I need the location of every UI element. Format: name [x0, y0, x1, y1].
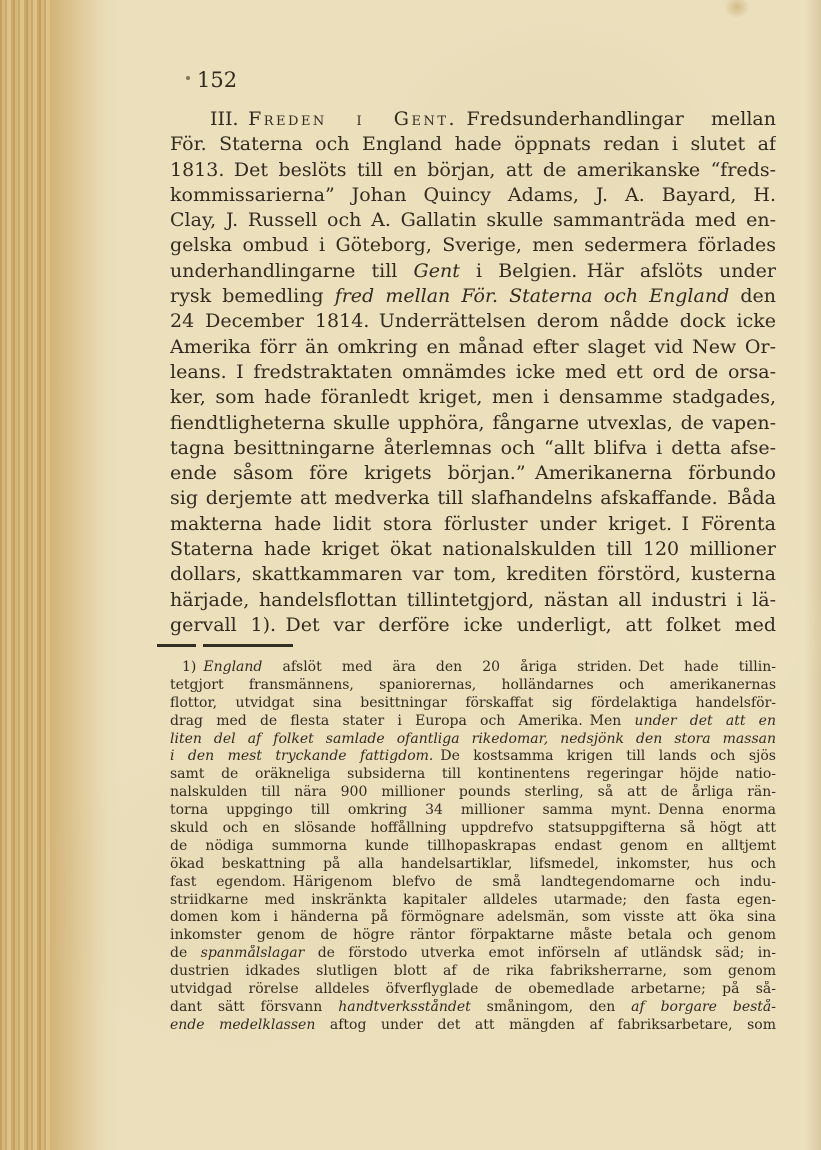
body-text: dustrien idkades slutligen blott af de r… [170, 963, 776, 979]
body-text: 1) [182, 659, 203, 675]
text-line: makterna hade lidit stora förluster unde… [170, 512, 776, 537]
italic-text: England [203, 659, 262, 675]
text-line: de nödiga summorna kunde tillhopaskrapas… [170, 838, 776, 856]
body-text: underhandlingarne till [170, 260, 414, 282]
text-line: rysk bemedling fred mellan För. Staterna… [170, 284, 776, 309]
body-text: makterna hade lidit stora förluster unde… [170, 513, 776, 535]
body-text: 1813. Det beslöts till en början, att de… [170, 159, 776, 181]
footnote-rule-long [203, 644, 293, 647]
body-text: ker, som hade föranledt kriget, men i de… [170, 386, 776, 410]
footnote-rule-short [157, 644, 196, 647]
italic-text: i den mest tryckande fattigdom. [170, 748, 433, 764]
page-number: 152 [197, 68, 237, 92]
text-line: liten del af folket samlade ofantliga ri… [170, 731, 776, 749]
ink-speck [186, 76, 190, 80]
text-line: gervall 1). Det var derföre icke underli… [170, 613, 776, 638]
main-paragraph: III. Freden i Gent. Fredsunderhandlingar… [170, 107, 776, 638]
italic-text: fred mellan För. Staterna och England [335, 285, 730, 307]
body-text: dant sätt försvann [170, 999, 338, 1015]
paper-stain [720, 0, 754, 22]
book-binding-edge [0, 0, 50, 1150]
body-text: gervall 1). Det var derföre icke underli… [170, 614, 776, 636]
text-line: nalskulden till nära 900 millioner pound… [170, 784, 776, 802]
text-line: striidkarne med inskränkta kapitaler all… [170, 892, 776, 910]
body-text: kommissarierna” Johan Quincy Adams, J. A… [170, 184, 776, 206]
italic-text: under det att en [635, 713, 776, 729]
body-text: nalskulden till nära 900 millioner pound… [170, 784, 776, 800]
body-text: de förstodo utverka emot införseln af ut… [304, 945, 776, 961]
body-text: ökad beskattning på alla handelsartiklar… [170, 856, 776, 872]
body-text: rysk bemedling [170, 285, 335, 307]
text-line: Amerika förr än omkring en månad efter s… [170, 335, 776, 360]
body-text: småningom, den [471, 999, 631, 1015]
text-line: leans. I fredstraktaten omnämdes icke me… [170, 360, 776, 385]
text-line: flottor, utvidgat sina besittningar förs… [170, 695, 776, 713]
text-line: Staterna hade kriget ökat nationalskulde… [170, 537, 776, 562]
body-text: inkomster genom de högre räntor förpakta… [170, 927, 776, 943]
body-text: flottor, utvidgat sina besittningar förs… [170, 695, 776, 711]
body-text: härjade, handelsflottan tillintetgjord, … [170, 589, 776, 611]
page-edge-shadow [805, 0, 821, 1150]
text-line: underhandlingarne till Gent i Belgien. H… [170, 259, 776, 284]
body-text: fast egendom. Härigenom blefvo de små la… [170, 874, 776, 890]
footnote-text: 1) England afslöt med ära den 20 åriga s… [170, 659, 776, 1035]
text-line: tetgjort fransmännens, spaniorernas, hol… [170, 677, 776, 695]
body-text: leans. I fredstraktaten omnämdes icke me… [170, 361, 776, 383]
text-line: 1813. Det beslöts till en början, att de… [170, 158, 776, 183]
text-line: härjade, handelsflottan tillintetgjord, … [170, 588, 776, 613]
text-line: Clay, J. Russell och A. Gallatin skulle … [170, 208, 776, 233]
body-text: Fredsunderhandlingar mellan [457, 108, 776, 130]
body-text: tetgjort fransmännens, spaniorernas, hol… [170, 677, 776, 693]
body-text: De kostsamma krigen till lands och sjös [433, 748, 776, 764]
body-text: Staterna hade kriget ökat nationalskulde… [170, 538, 776, 560]
text-line: dant sätt försvann handtverksståndet små… [170, 999, 776, 1017]
text-line: För. Staterna och England hade öppnats r… [170, 132, 776, 157]
italic-text: af borgare bestå- [631, 999, 776, 1015]
text-line: ker, som hade föranledt kriget, men i de… [170, 385, 776, 410]
body-text: torna uppgingo till omkring 34 millioner… [170, 802, 776, 818]
text-line: ende såsom före krigets början.” Amerika… [170, 461, 776, 486]
body-text: samt de oräkneliga subsiderna till konti… [170, 766, 776, 782]
text-line: drag med de flesta stater i Europa och A… [170, 713, 776, 731]
body-text: drag med de flesta stater i Europa och A… [170, 713, 635, 729]
text-line: samt de oräkneliga subsiderna till konti… [170, 766, 776, 784]
book-page: 152 III. Freden i Gent. Fredsunderhandli… [0, 0, 821, 1150]
body-text: den [729, 285, 776, 307]
body-text: För. Staterna och England hade öppnats r… [170, 133, 776, 155]
text-line: i den mest tryckande fattigdom. De kosts… [170, 748, 776, 766]
text-line: inkomster genom de högre räntor förpakta… [170, 927, 776, 945]
text-line: utvidgad rörelse alldeles öfverflyglade … [170, 981, 776, 999]
text-line: fiendtligheterna skulle upphöra, fångarn… [170, 411, 776, 436]
italic-text: ende medelklassen [170, 1017, 315, 1033]
body-text: 24 December 1814. Underrättelsen derom n… [170, 310, 776, 332]
body-text: ende såsom före krigets början.” Amerika… [170, 462, 776, 484]
body-text: utvidgad rörelse alldeles öfverflyglade … [170, 981, 776, 997]
body-text: sig derjemte att medverka till slafhande… [170, 487, 776, 509]
text-line: kommissarierna” Johan Quincy Adams, J. A… [170, 183, 776, 208]
body-text: de [170, 945, 201, 961]
text-line: tagna besittningarne återlemnas och “all… [170, 436, 776, 461]
text-line: 1) England afslöt med ära den 20 åriga s… [170, 659, 776, 677]
body-text: tagna besittningarne återlemnas och “all… [170, 437, 776, 459]
italic-text: spanmålslagar [201, 945, 305, 961]
text-line: sig derjemte att medverka till slafhande… [170, 486, 776, 511]
text-line: ende medelklassen aftog under det att mä… [170, 1017, 776, 1035]
text-line: III. Freden i Gent. Fredsunderhandlingar… [170, 107, 776, 132]
body-text: afslöt med ära den 20 åriga striden. Det… [262, 659, 776, 675]
text-line: skuld och en slösande hoffållning uppdre… [170, 820, 776, 838]
text-line: de spanmålslagar de förstodo utverka emo… [170, 945, 776, 963]
body-text: fiendtligheterna skulle upphöra, fångarn… [170, 412, 776, 434]
body-text: gelska ombud i Göteborg, Sverige, men se… [170, 234, 776, 256]
body-text: Clay, J. Russell och A. Gallatin skulle … [170, 209, 776, 231]
text-line: domen kom i händerna på förmögnare adels… [170, 909, 776, 927]
body-text: striidkarne med inskränkta kapitaler all… [170, 892, 776, 908]
body-text: domen kom i händerna på förmögnare adels… [170, 909, 776, 925]
body-text: aftog under det att mängden af fabriksar… [315, 1017, 776, 1033]
body-text: Amerika förr än omkring en månad efter s… [170, 336, 776, 358]
text-line: dustrien idkades slutligen blott af de r… [170, 963, 776, 981]
text-line: fast egendom. Härigenom blefvo de små la… [170, 874, 776, 892]
body-text: i Belgien. Här afslöts under [460, 260, 776, 282]
section-heading-smallcaps: Freden i Gent. [248, 108, 457, 130]
body-text: III. [210, 108, 248, 130]
italic-text: handtverksståndet [338, 999, 471, 1015]
italic-text: Gent [414, 260, 460, 282]
body-text: skuld och en slösande hoffållning uppdre… [170, 820, 776, 836]
text-line: torna uppgingo till omkring 34 millioner… [170, 802, 776, 820]
text-line: gelska ombud i Göteborg, Sverige, men se… [170, 233, 776, 258]
body-text: dollars, skattkammaren var tom, krediten… [170, 563, 776, 585]
text-line: ökad beskattning på alla handelsartiklar… [170, 856, 776, 874]
body-text: de nödiga summorna kunde tillhopaskrapas… [170, 838, 776, 854]
text-line: 24 December 1814. Underrättelsen derom n… [170, 309, 776, 334]
italic-text: liten del af folket samlade ofantliga ri… [170, 731, 776, 747]
binding-shadow [50, 0, 120, 1150]
text-line: dollars, skattkammaren var tom, krediten… [170, 562, 776, 587]
